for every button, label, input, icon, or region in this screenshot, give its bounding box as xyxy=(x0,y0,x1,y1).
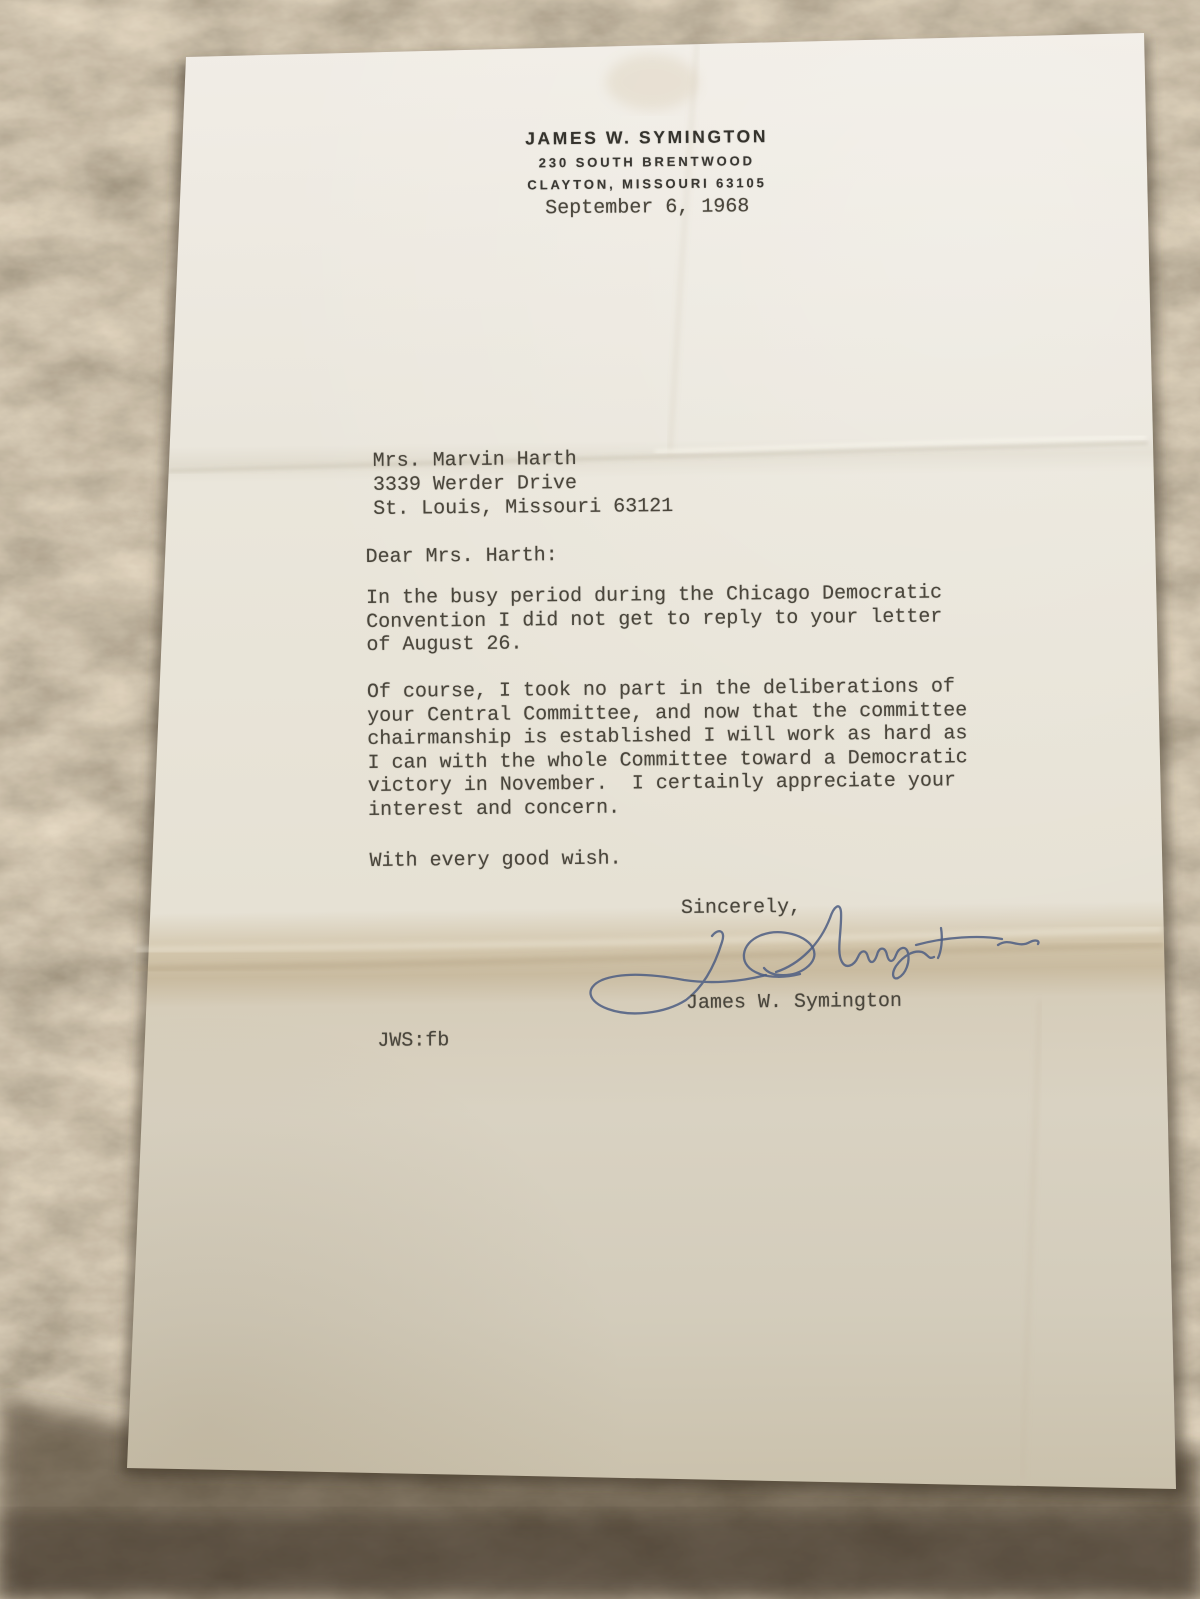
fabric-dark-bottom xyxy=(0,1515,1200,1599)
photo-background xyxy=(0,0,1200,1599)
paper-corner-shade xyxy=(127,33,1176,1489)
letter-photo: JAMES W. SYMINGTON 230 SOUTH BRENTWOOD C… xyxy=(0,0,1200,1599)
paper-stain xyxy=(606,54,698,110)
